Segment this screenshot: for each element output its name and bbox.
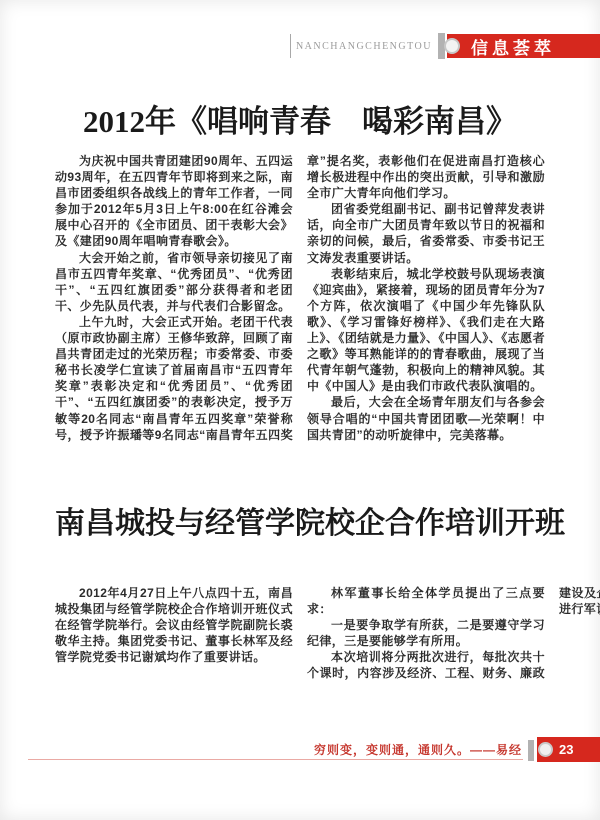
- footer-quote: 穷则变，变则通，通则久。——易经: [0, 741, 522, 758]
- article-1-title: 2012年《唱响青春 喝彩南昌》: [55, 96, 545, 141]
- article-2-byline: （综合部：王璐）: [559, 617, 600, 633]
- page-number: 23: [559, 742, 573, 757]
- article-2-body: 2012年4月27日上午八点四十五，南昌城投集团与经管学院校企合作培训开班仪式在…: [55, 585, 545, 683]
- article-paragraph: 2012年4月27日上午八点四十五，南昌城投集团与经管学院校企合作培训开班仪式在…: [55, 585, 293, 665]
- badge-gray-bar: [438, 33, 445, 59]
- article-2-title: 南昌城投与经管学院校企合作培训开班: [55, 498, 545, 542]
- article-2-paragraphs: 2012年4月27日上午八点四十五，南昌城投集团与经管学院校企合作培训开班仪式在…: [55, 585, 600, 683]
- article-paragraph: 林军董事长给全体学员提出了三点要求：: [307, 585, 545, 617]
- header-divider: [290, 34, 291, 58]
- section-badge: 信息荟萃: [447, 34, 600, 58]
- article-1-body: 为庆祝中国共青团建团90周年、五四运动93周年，在五四青年节即将到来之际，南昌市…: [55, 153, 545, 445]
- article-paragraph: 为庆祝中国共青团建团90周年、五四运动93周年，在五四青年节即将到来之际，南昌市…: [55, 153, 293, 250]
- badge-dot-icon: [446, 40, 458, 52]
- footer-rule: [28, 759, 523, 760]
- article-paragraph: 团省委党组副书记、副书记曾萍发表讲话，向全市广大团员青年致以节日的祝福和亲切的问…: [307, 201, 545, 265]
- section-badge-label: 信息荟萃: [471, 34, 555, 59]
- article-paragraph: 一是要争取学有所获，二是要遵守学习纪律，三是要能够学有所用。: [307, 617, 545, 649]
- journal-name: NANCHANGCHENGTOU: [296, 41, 432, 52]
- footer-gray-bar: [528, 740, 534, 761]
- footer-pagebar: 23: [528, 737, 600, 762]
- article-paragraph: 最后，大会在全场青年朋友们与各参会领导合唱的“中国共青团团歌—光荣啊！中国共青团…: [307, 394, 545, 442]
- article-paragraph: 表彰结束后，城北学校鼓号队现场表演《迎宾曲》，紧接着，现场的团员青年分为7个方阵…: [307, 266, 545, 395]
- newsletter-page: NANCHANGCHENGTOU 信息荟萃 2012年《唱响青春 喝彩南昌》 为…: [0, 0, 600, 820]
- article-paragraph: 大会开始之前，省市领导亲切接见了南昌市五四青年奖章、“优秀团员”、“优秀团干”、…: [55, 250, 293, 314]
- page-header: NANCHANGCHENGTOU 信息荟萃: [0, 33, 600, 59]
- page-number-box: 23: [537, 737, 600, 762]
- article-1-byline: （工程管理部：史超）: [559, 153, 600, 169]
- page-number-dot-icon: [540, 744, 551, 755]
- article-1-paragraphs: 为庆祝中国共青团建团90周年、五四运动93周年，在五四青年节即将到来之际，南昌市…: [55, 153, 545, 445]
